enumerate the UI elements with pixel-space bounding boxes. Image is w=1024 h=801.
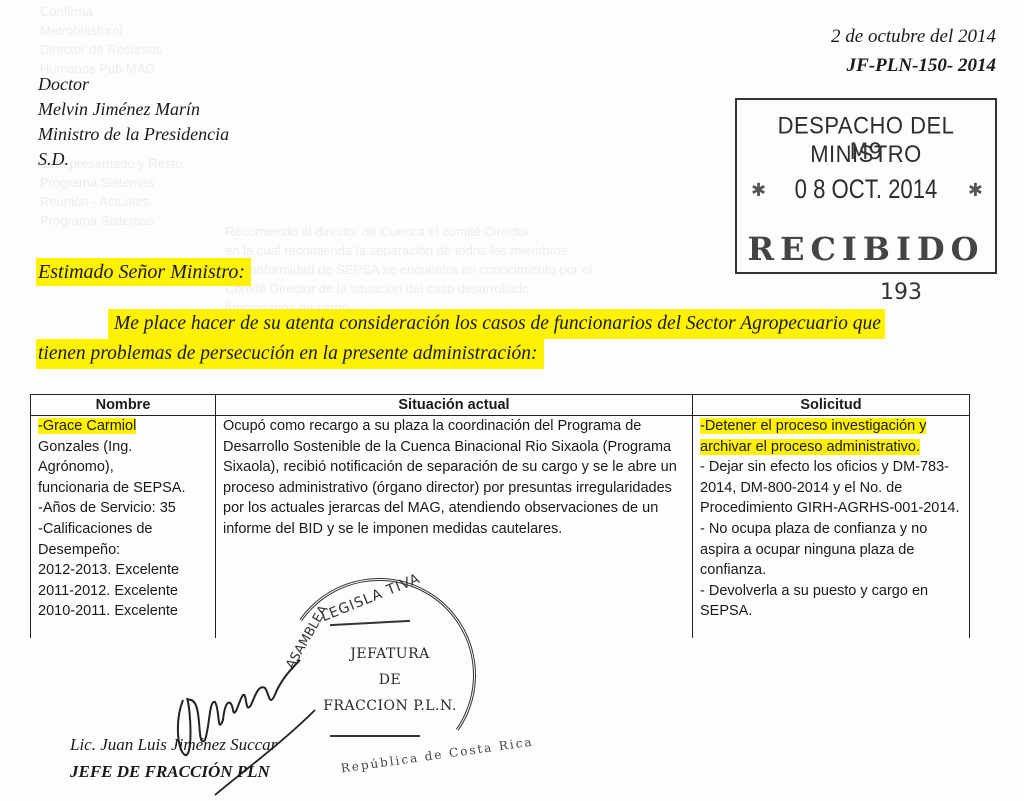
signer-name: Lic. Juan Luis Jiménez Succar (70, 731, 277, 758)
years-of-service: -Años de Servicio: 35 (38, 498, 208, 519)
table-row: -Grace Carmiol Gonzales (Ing. Agrónomo),… (31, 416, 970, 639)
seal-line: FRACCION P.L.N. (300, 693, 480, 719)
salutation: Estimado Señor Ministro: (36, 258, 251, 286)
intro-line-1: Me place hacer de su atenta consideració… (108, 309, 885, 339)
header-nombre: Nombre (31, 395, 216, 416)
name-line: Agrónomo), (38, 457, 208, 478)
received-stamp: DESPACHO DEL MINISTRO M9 ✱ 0 8 OCT. 2014… (735, 98, 997, 274)
cell-nombre: -Grace Carmiol Gonzales (Ing. Agrónomo),… (31, 416, 216, 639)
intro-line-2: tienen problemas de persecución en la pr… (36, 339, 544, 369)
name-line: Gonzales (Ing. (38, 437, 208, 458)
signer-block: Lic. Juan Luis Jiménez Succar JEFE DE FR… (70, 731, 277, 785)
request-item: - No ocupa plaza de confianza y no aspir… (700, 519, 962, 581)
addressee-block: Doctor Melvin Jiménez Marín Ministro de … (38, 72, 229, 172)
cell-solicitud: -Detener el proceso investigación y arch… (693, 416, 970, 639)
rating-line: 2012-2013. Excelente (38, 560, 208, 581)
cases-table: Nombre Situación actual Solicitud -Grace… (30, 394, 970, 638)
stamp-status: RECIBIDO (737, 230, 995, 268)
addressee-title: Doctor (38, 72, 229, 97)
rating-line: 2011-2012. Excelente (38, 581, 208, 602)
rating-line: 2010-2011. Excelente (38, 601, 208, 622)
bleed-through-text-2: Recomiendo al director de Cuenca el comi… (225, 222, 592, 317)
seal-line: JEFATURA (300, 641, 480, 667)
employee-name-highlight: -Grace Carmiol (38, 418, 136, 434)
intro-paragraph: Me place hacer de su atenta consideració… (36, 309, 966, 369)
name-line: -Calificaciones de (38, 519, 208, 540)
cell-situacion: Ocupó como recargo a su plaza la coordin… (216, 416, 693, 639)
name-line: Desempeño: (38, 540, 208, 561)
letter-date: 2 de octubre del 2014 (831, 22, 996, 51)
request-item: - Dejar sin efecto los oficios y DM-783-… (700, 457, 962, 519)
name-line: funcionaria de SEPSA. (38, 478, 208, 499)
seal-line: DE (300, 667, 480, 693)
request-item: - Devolverla a su puesto y cargo en SEPS… (700, 581, 962, 622)
star-icon: ✱ (968, 180, 983, 201)
header-solicitud: Solicitud (693, 395, 970, 416)
stamp-initials: M9 (737, 140, 995, 165)
request-highlight: -Detener el proceso investigación y arch… (700, 418, 926, 455)
addressee-position: Ministro de la Presidencia (38, 122, 229, 147)
seal-divider (330, 735, 420, 737)
signer-title: JEFE DE FRACCIÓN PLN (70, 758, 277, 785)
addressee-sd: S.D. (38, 147, 229, 172)
reference-number: JF-PLN-150- 2014 (831, 51, 996, 80)
date-block: 2 de octubre del 2014 JF-PLN-150- 2014 (831, 22, 996, 80)
letter-page: ConfirmaMetrobiasturolDirector de Recurs… (0, 0, 1024, 801)
stamp-date: 0 8 OCT. 2014 (760, 174, 972, 205)
table-header-row: Nombre Situación actual Solicitud (31, 395, 970, 416)
addressee-name: Melvin Jiménez Marín (38, 97, 229, 122)
stamp-handwritten-number: 193 (880, 280, 922, 305)
seal-center: JEFATURA DE FRACCION P.L.N. (300, 641, 480, 719)
header-situacion: Situación actual (216, 395, 693, 416)
